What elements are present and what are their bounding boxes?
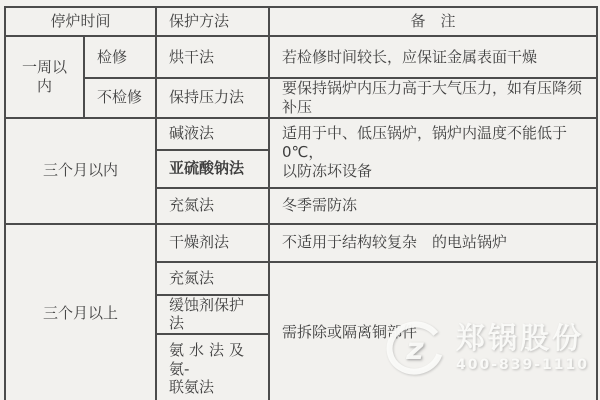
method-cell-keep-pressure: 保持压力法 <box>156 78 269 118</box>
method-cell-sodium-sulfite: 亚硫酸钠法 <box>156 150 269 188</box>
method-cell-nitrogen-filling-2: 充氮法 <box>156 262 269 295</box>
method-cell-ammonia-hydrazine: 氨水法及氨- 联氨法 <box>156 334 269 400</box>
method-cell-drying: 烘干法 <box>156 36 269 78</box>
shutdown-protection-table: 停炉时间 保护方法 备 注 一周以内 检修 烘干法 若检修时间较长，应保证金属表… <box>4 6 598 400</box>
method-cell-desiccant: 干燥剂法 <box>156 224 269 262</box>
time-cell-over-three-months: 三个月以上 <box>5 224 156 400</box>
remark-cell-drying: 若检修时间较长，应保证金属表面干燥 <box>269 36 597 78</box>
boiler-shutdown-protection-page: 停炉时间 保护方法 备 注 一周以内 检修 烘干法 若检修时间较长，应保证金属表… <box>0 0 600 400</box>
remark-cell-winter-antifreeze: 冬季需防冻 <box>269 188 597 224</box>
method-cell-alkali: 碱液法 <box>156 118 269 150</box>
remark-cell-desiccant: 不适用于结构较复杂 的电站锅炉 <box>269 224 597 262</box>
method-cell-corrosion-inhibitor: 缓蚀剂保护法 <box>156 295 269 335</box>
remark-cell-remove-copper-parts: 需拆除或隔离铜部件 <box>269 262 597 400</box>
header-shutdown-time: 停炉时间 <box>5 7 156 36</box>
remark-cell-keep-pressure: 要保持锅炉内压力高于大气压力，如有压降须补压 <box>269 78 597 118</box>
table-row: 一周以内 检修 烘干法 若检修时间较长，应保证金属表面干燥 <box>5 36 597 78</box>
remark-cell-alkali-sulfite: 适用于中、低压锅炉，锅炉内温度不能低于 0℃， 以防冻坏设备 <box>269 118 597 188</box>
table-row: 三个月以上 干燥剂法 不适用于结构较复杂 的电站锅炉 <box>5 224 597 262</box>
condition-cell-no-overhaul: 不检修 <box>84 78 156 118</box>
header-remark: 备 注 <box>269 7 597 36</box>
table-row: 三个月以内 碱液法 适用于中、低压锅炉，锅炉内温度不能低于 0℃， 以防冻坏设备 <box>5 118 597 150</box>
condition-cell-overhaul: 检修 <box>84 36 156 78</box>
method-cell-nitrogen-filling: 充氮法 <box>156 188 269 224</box>
time-cell-within-one-week: 一周以内 <box>5 36 84 118</box>
table-header-row: 停炉时间 保护方法 备 注 <box>5 7 597 36</box>
table-row: 不检修 保持压力法 要保持锅炉内压力高于大气压力，如有压降须补压 <box>5 78 597 118</box>
time-cell-within-three-months: 三个月以内 <box>5 118 156 224</box>
header-protection-method: 保护方法 <box>156 7 269 36</box>
